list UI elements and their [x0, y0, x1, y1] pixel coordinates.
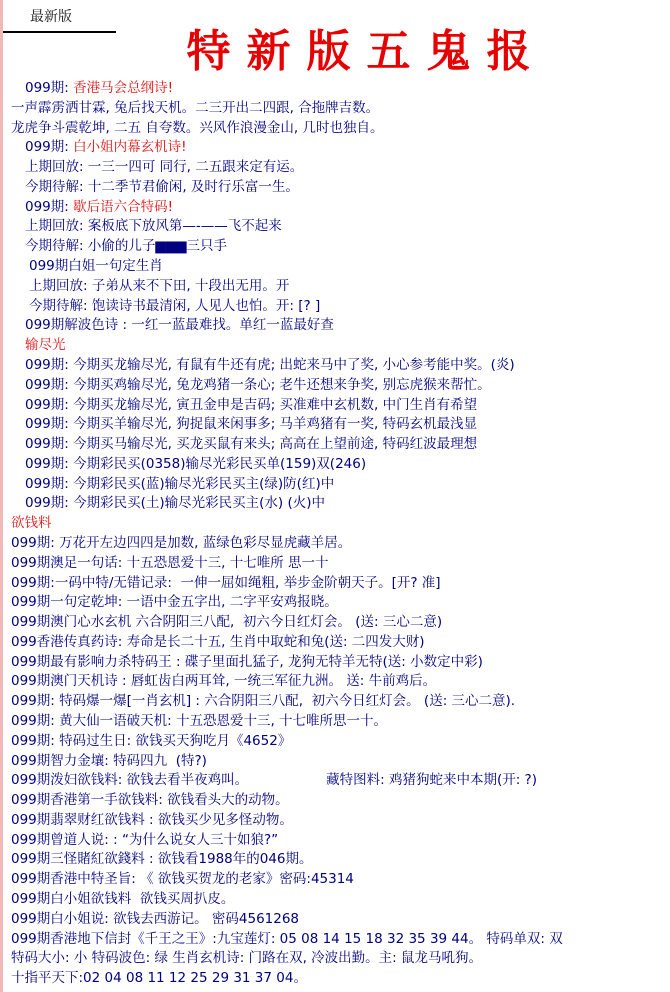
text-line: 今期待解: 小偷的儿子▆▆▆三只手 [3, 237, 670, 257]
line-text: 099期: 今期买羊输尽光, 狗捉鼠来闲事多; 马羊鸡猪有一奖, 特码玄机最浅显 [25, 416, 477, 432]
line-text: 099期澳门天机诗 : 唇虹齿白两耳耸, 一统三军征九洲。 送: 牛前鸡后。 [11, 673, 436, 689]
text-line: 099期: 万花开左边四四是加数, 蓝绿色彩尽显虎藏羊居。 [3, 534, 670, 554]
line-text: 099期三怪賭紅欲錢料 : 欲钱看1988年的046期。 [11, 851, 313, 867]
line-text: 099期: 特码过生日: 欲钱买天狗吃月《4652》 [11, 733, 291, 749]
newspaper-page: 最新版 特新版五鬼报 099期: 香港马会总纲诗! 一声霹雳洒甘霖, 兔后找天机… [0, 0, 670, 992]
line-text: 099期一句定乾坤: 一语中金五字出, 二字平安鸡报晓。 [11, 594, 338, 610]
text-line: 099期: 今期买鸡输尽光, 兔龙鸡猪一条心; 老牛还想来争奖, 别忘虎猴来帮忙… [3, 376, 670, 396]
line-text: 099期香港地下信封《千王之王》:九宝莲灯: 05 08 14 15 18 32… [11, 931, 563, 947]
text-line: 上期回放: 案板底下放风第—-——飞不起来 [3, 217, 670, 237]
text-line: 099期澳足一句话: 十五恐恩爱十三, 十七唯所 思一十 [3, 554, 670, 574]
text-line: 099期白姐一句定生肖 [3, 257, 670, 277]
line-text: 099期澳门心水玄机 六合阴阳三八配, 初六今日红灯会。 (送: 三心二意) [11, 614, 442, 630]
line-text: 十指平天下:02 04 08 11 12 25 29 31 37 04。 [11, 970, 307, 986]
line-text: 099期: 今期彩民买(蓝)输尽光彩民买主(绿)防(红)中 [25, 476, 334, 492]
line-text: 099期白小姐说: 欲钱去西游记。 密码4561268 [11, 911, 299, 927]
line-text: 099期: 今期彩民买(土)输尽光彩民买主(水) (火)中 [25, 495, 325, 511]
line-text: 099期白姐一句定生肖 [29, 258, 163, 274]
line-text: 099期澳足一句话: 十五恐恩爱十三, 十七唯所 思一十 [11, 555, 328, 571]
text-line: 099期最有影响力杀特码王 : 碟子里面扎猛子, 龙狗无特羊无特(送: 小数定中… [3, 653, 670, 673]
text-line: 十指平天下:02 04 08 11 12 25 29 31 37 04。 [3, 969, 670, 989]
text-line: 龙虎争斗震乾坤, 二五 自夸数。兴风作浪漫金山, 几时也独自。 [3, 119, 670, 139]
text-line: 099期: 特码爆一爆[一肖玄机] : 六合阴阳三八配, 初六今日红灯会。 (送… [3, 692, 670, 712]
line-text: 龙虎争斗震乾坤, 二五 自夸数。兴风作浪漫金山, 几时也独自。 [11, 120, 383, 136]
text-line: 099期泼妇欲钱料: 欲钱去看半夜鸡叫。藏特图料: 鸡猪狗蛇来中本期(开: ?) [3, 771, 670, 791]
text-line: 上期回放: 一三一四可 同行, 二五跟来定有运。 [3, 158, 670, 178]
text-line: 099期解波色诗 : 一红一蓝最难找。单红一蓝最好查 [3, 316, 670, 336]
line-text: 099期解波色诗 : 一红一蓝最难找。单红一蓝最好查 [25, 317, 334, 333]
line-text: 099期:一码中特/无错记录: 一伸一屈如绳粗, 举步金阶朝天子。[开? 准] [11, 575, 441, 591]
text-line: 099期香港地下信封《千王之王》:九宝莲灯: 05 08 14 15 18 32… [3, 930, 670, 950]
text-line: 099期: 特码过生日: 欲钱买天狗吃月《4652》 [3, 732, 670, 752]
text-line: 099期: 今期彩民买(蓝)输尽光彩民买主(绿)防(红)中 [3, 475, 670, 495]
text-line: 今期待解: 饱读诗书最清闲, 人见人也怕。开: [? ] [3, 297, 670, 317]
text-line: 099期: 歇后语六合特码! [3, 198, 670, 218]
text-line: 099期一句定乾坤: 一语中金五字出, 二字平安鸡报晓。 [3, 593, 670, 613]
text-line: 099期: 今期彩民买(0358)输尽光彩民买单(159)双(246) [3, 455, 670, 475]
text-line: 099期白小姐欲钱料 欲钱买周扒皮。 [3, 890, 670, 910]
text-line: 上期回放: 子弟从来不下田, 十段出无用。开 [3, 277, 670, 297]
page-title: 特新版五鬼报 [3, 15, 670, 79]
line-prefix: 099期: [25, 199, 73, 215]
line-text: 今期待解: 十二季节君偷闲, 及时行乐富一生。 [25, 179, 299, 195]
section-heading: 欲钱料 [3, 514, 670, 534]
line-text: 099期曾道人说: : “为什么说女人三十如狼?” [11, 832, 278, 848]
line-text: 今期待解: 小偷的儿子▆▆▆三只手 [25, 238, 227, 254]
text-line: 099期: 今期买马输尽光, 买龙买鼠有来头; 高高在上望前途, 特码红波最理想 [3, 435, 670, 455]
line-text: 099香港传真药诗: 寿命是长二十五, 生肖中取蛇和兔(送: 二四发大财) [11, 634, 425, 650]
section-heading: 输尽光 [3, 336, 670, 356]
text-line: 099期: 白小姐内幕玄机诗! [3, 138, 670, 158]
line-text: 上期回放: 案板底下放风第—-——飞不起来 [25, 218, 282, 234]
section-heading-label: 输尽光 [25, 337, 66, 353]
text-line: 特码大小: 小 特码波色: 绿 生肖玄机诗: 门路在双, 冷波出勤。主: 鼠龙马… [3, 949, 670, 969]
line-text: 一声霹雳洒甘霖, 兔后找天机。二三开出二四跟, 合拖牌吉数。 [11, 100, 379, 116]
text-line: 099期澳门天机诗 : 唇虹齿白两耳耸, 一统三军征九洲。 送: 牛前鸡后。 [3, 672, 670, 692]
line-text: 上期回放: 子弟从来不下田, 十段出无用。开 [29, 278, 289, 294]
line-red-heading: 歇后语六合特码! [73, 199, 173, 215]
text-line: 099期智力金壤: 特码四九 (特?) [3, 752, 670, 772]
line-text: 099期: 特码爆一爆[一肖玄机] : 六合阴阳三八配, 初六今日红灯会。 (送… [11, 693, 515, 709]
line-text: 099期: 今期彩民买(0358)输尽光彩民买单(159)双(246) [25, 456, 366, 472]
line-prefix: 099期: [25, 80, 73, 96]
line-text: 099期翡翠财红欲钱料 : 欲钱买少见多怪动物。 [11, 812, 293, 828]
line-text: 099期: 今期买鸡输尽光, 兔龙鸡猪一条心; 老牛还想来争奖, 别忘虎猴来帮忙… [25, 377, 491, 393]
line-text: 今期待解: 饱读诗书最清闲, 人见人也怕。开: [? ] [29, 298, 320, 314]
line-text: 099期: 今期买龙输尽光, 寅丑金申是吉码; 买准难中玄机数, 中门生肖有希望 [25, 397, 477, 413]
text-line: 099期: 香港马会总纲诗! [3, 79, 670, 99]
line-prefix: 099期: [25, 139, 73, 155]
text-line: 099期: 黄大仙一语破天机: 十五恐恩爱十三, 十七唯所思一十。 [3, 712, 670, 732]
line-text: 099期: 今期买马输尽光, 买龙买鼠有来头; 高高在上望前途, 特码红波最理想 [25, 436, 477, 452]
text-line: 099期: 今期买羊输尽光, 狗捉鼠来闲事多; 马羊鸡猪有一奖, 特码玄机最浅显 [3, 415, 670, 435]
text-line: 099期翡翠财红欲钱料 : 欲钱买少见多怪动物。 [3, 811, 670, 831]
line-red-heading: 香港马会总纲诗! [73, 80, 173, 96]
text-line: 099期香港第一手欲钱料: 欲钱看头大的动物。 [3, 791, 670, 811]
line-text: 099期: 万花开左边四四是加数, 蓝绿色彩尽显虎藏羊居。 [11, 535, 351, 551]
line-text: 099期白小姐欲钱料 欲钱买周扒皮。 [11, 891, 234, 907]
text-line: 099期: 今期彩民买(土)输尽光彩民买主(水) (火)中 [3, 494, 670, 514]
text-line: 099期香港中特圣旨: 《 欲钱买贺龙的老家》密码:45314 [3, 870, 670, 890]
line-text: 099期香港中特圣旨: 《 欲钱买贺龙的老家》密码:45314 [11, 871, 354, 887]
line-text: 099期智力金壤: 特码四九 (特?) [11, 753, 207, 769]
masthead: 最新版 特新版五鬼报 [3, 3, 670, 79]
line-text: 099期香港第一手欲钱料: 欲钱看头大的动物。 [11, 792, 289, 808]
line-text: 099期: 黄大仙一语破天机: 十五恐恩爱十三, 十七唯所思一十。 [11, 713, 387, 729]
text-line: 099期:一码中特/无错记录: 一伸一屈如绳粗, 举步金阶朝天子。[开? 准] [3, 574, 670, 594]
text-line: 099期: 今期买龙输尽光, 有鼠有牛还有虎; 出蛇来马中了奖, 小心参考能中奖… [3, 356, 670, 376]
section-heading-label: 欲钱料 [11, 515, 52, 531]
text-line: 099期曾道人说: : “为什么说女人三十如狼?” [3, 831, 670, 851]
text-line: 今期待解: 十二季节君偷闲, 及时行乐富一生。 [3, 178, 670, 198]
line-text: 特码大小: 小 特码波色: 绿 生肖玄机诗: 门路在双, 冷波出勤。主: 鼠龙马… [11, 950, 482, 966]
line-text-right: 藏特图料: 鸡猪狗蛇来中本期(开: ?) [326, 772, 537, 788]
text-line: 099期: 今期买龙输尽光, 寅丑金申是吉码; 买准难中玄机数, 中门生肖有希望 [3, 396, 670, 416]
text-line: 099期白小姐说: 欲钱去西游记。 密码4561268 [3, 910, 670, 930]
text-line: 099香港传真药诗: 寿命是长二十五, 生肖中取蛇和兔(送: 二四发大财) [3, 633, 670, 653]
line-red-heading: 白小姐内幕玄机诗! [73, 139, 186, 155]
line-text: 099期泼妇欲钱料: 欲钱去看半夜鸡叫。 [11, 772, 248, 788]
text-line: 一声霹雳洒甘霖, 兔后找天机。二三开出二四跟, 合拖牌吉数。 [3, 99, 670, 119]
text-line: 099期澳门心水玄机 六合阴阳三八配, 初六今日红灯会。 (送: 三心二意) [3, 613, 670, 633]
text-line: 099期三怪賭紅欲錢料 : 欲钱看1988年的046期。 [3, 850, 670, 870]
line-text: 099期最有影响力杀特码王 : 碟子里面扎猛子, 龙狗无特羊无特(送: 小数定中… [11, 654, 483, 670]
line-text: 上期回放: 一三一四可 同行, 二五跟来定有运。 [25, 159, 303, 175]
line-text: 099期: 今期买龙输尽光, 有鼠有牛还有虎; 出蛇来马中了奖, 小心参考能中奖… [25, 357, 515, 373]
